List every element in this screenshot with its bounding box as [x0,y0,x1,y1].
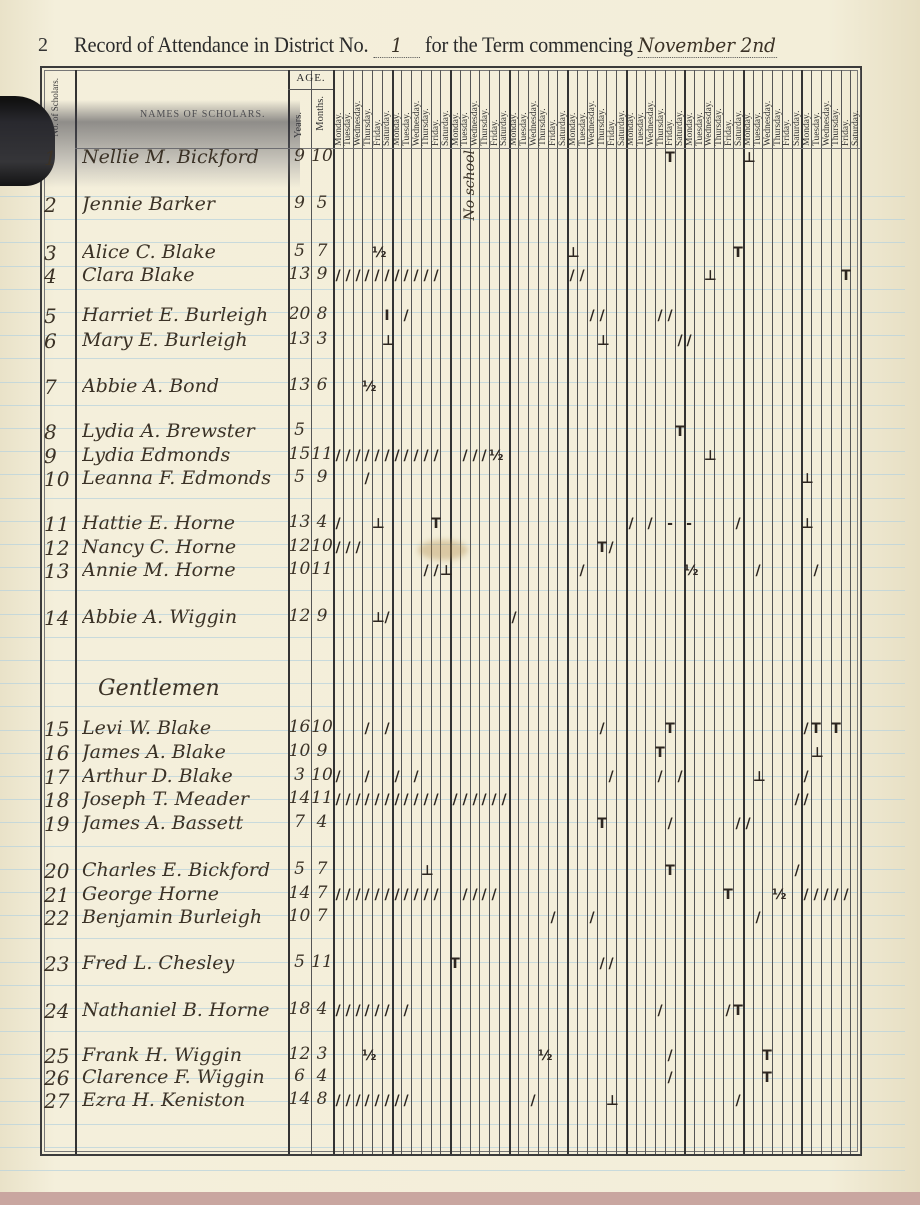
attendance-mark: ⊥ [753,769,763,785]
attendance-mark: ⊥ [743,150,753,166]
attendance-mark: ½ [362,1048,372,1064]
attendance-mark: T [665,721,675,737]
scholar-name: Fred L. Chesley [82,952,292,974]
day-column-line [645,70,646,1154]
attendance-mark: / [431,448,441,464]
attendance-mark: / [401,887,411,903]
scholar-name: Lydia A. Brewster [82,420,292,442]
day-column-line [548,70,549,1154]
scholar-name: Benjamin Burleigh [82,906,292,928]
day-header: Wednesday. [353,72,363,146]
scholar-name: Nathaniel B. Horne [82,999,292,1021]
scholar-age-years: 14 [288,788,311,808]
scholar-number: 5 [44,304,74,328]
scholar-name: Arthur D. Blake [82,765,292,787]
attendance-mark: T [762,1070,772,1086]
scholar-age-months: 8 [311,1089,333,1109]
attendance-mark: / [733,1093,743,1109]
day-header: Friday. [841,72,851,146]
scholar-age-years: 10 [288,906,311,926]
scholar-age-months: 11 [311,952,333,972]
attendance-mark: / [499,792,509,808]
attendance-mark: / [753,910,763,926]
day-column-line [362,70,363,1154]
attendance-mark: / [333,540,343,556]
scholar-number: 19 [44,812,74,836]
attendance-mark: / [421,268,431,284]
day-header: Thursday. [538,72,548,146]
attendance-mark: / [362,268,372,284]
scholar-age-years: 13 [288,329,311,349]
day-column-line [538,70,539,1154]
attendance-mark: / [372,792,382,808]
attendance-mark: T [431,516,441,532]
scholar-age-years: 5 [288,241,311,261]
attendance-mark: / [733,516,743,532]
scholar-age-months: 3 [311,329,333,349]
ledger-page: 2 Record of Attendance in District No. 1… [0,0,920,1205]
scholar-age-months: 9 [311,741,333,761]
ruled-line [0,1170,905,1171]
scholar-number: 1 [44,146,74,170]
attendance-mark: / [411,769,421,785]
attendance-mark: T [841,268,851,284]
attendance-mark: I [382,308,392,324]
scholar-age-years: 10 [288,559,311,579]
attendance-mark: / [548,910,558,926]
scholar-number: 25 [44,1044,74,1068]
scholar-name: Clarence F. Wiggin [82,1066,292,1088]
day-column-line [694,70,695,1154]
attendance-mark: / [401,448,411,464]
attendance-mark: / [460,792,470,808]
day-header: Saturday. [851,72,861,146]
page-title: Record of Attendance in District No. 1 f… [74,32,777,58]
day-column-line [421,70,422,1154]
attendance-mark: ⊥ [382,333,392,349]
day-column-line [714,70,715,1154]
attendance-mark: / [362,769,372,785]
scholar-age-years: 12 [288,536,311,556]
title-middle: for the Term commencing [425,32,633,57]
scholar-number: 8 [44,420,74,444]
scholar-number: 14 [44,606,74,630]
day-column-line [470,70,471,1154]
attendance-mark: / [333,268,343,284]
scholar-age-months: 10 [311,765,333,785]
attendance-mark: / [343,1093,353,1109]
day-header: Monday. [685,72,695,146]
attendance-mark: ⊥ [704,448,714,464]
attendance-mark: / [333,1093,343,1109]
day-header: Wednesday. [470,72,480,146]
day-header: Monday. [568,72,578,146]
day-header: Saturday. [675,72,685,146]
scholar-number: 16 [44,741,74,765]
day-column-line [528,70,529,1154]
scholar-age-years: 12 [288,1044,311,1064]
attendance-mark: / [382,887,392,903]
scholar-age-years: 7 [288,812,311,832]
attendance-mark: / [606,956,616,972]
day-column-line [801,70,803,1154]
day-header: Friday. [607,72,617,146]
attendance-mark: / [723,1003,733,1019]
scholar-age-years: 16 [288,717,311,737]
attendance-mark: / [489,792,499,808]
scholar-name: Hattie E. Horne [82,512,292,534]
day-header: Thursday. [480,72,490,146]
attendance-mark: / [343,1003,353,1019]
day-column-line [762,70,763,1154]
attendance-mark: / [333,792,343,808]
scholar-age-months: 10 [311,536,333,556]
attendance-mark: / [372,1003,382,1019]
scholar-number: 24 [44,999,74,1023]
scholar-age-months: 10 [311,146,333,166]
scholar-age-years: 14 [288,883,311,903]
attendance-mark: / [401,1093,411,1109]
scholar-age-years: 12 [288,606,311,626]
attendance-mark: / [577,268,587,284]
attendance-mark: / [479,448,489,464]
scholar-name: Joseph T. Meader [82,788,292,810]
day-header: Tuesday. [519,72,529,146]
day-header: Saturday. [441,72,451,146]
day-header: Monday. [509,72,519,146]
attendance-mark: T [450,956,460,972]
attendance-mark: / [421,792,431,808]
attendance-mark: ½ [684,563,694,579]
scholar-number: 7 [44,375,74,399]
attendance-mark: / [606,769,616,785]
day-column-line [860,70,861,1154]
scholar-number: 21 [44,883,74,907]
day-header: Saturday. [382,72,392,146]
day-column-line [557,70,558,1154]
day-column-line [392,70,394,1154]
attendance-mark: / [597,308,607,324]
attendance-mark: T [733,1003,743,1019]
attendance-mark: / [362,448,372,464]
district-number: 1 [373,33,420,58]
attendance-mark: / [411,792,421,808]
attendance-mark: ⊥ [801,516,811,532]
attendance-mark: / [362,1093,372,1109]
scholar-age-months: 6 [311,375,333,395]
day-header: Tuesday. [753,72,763,146]
scholar-age-months: 8 [311,304,333,324]
day-column-line [753,70,754,1154]
attendance-mark: ½ [362,379,372,395]
day-header: Saturday. [792,72,802,146]
attendance-mark: T [762,1048,772,1064]
day-column-line [655,70,656,1154]
attendance-mark: / [401,1003,411,1019]
scholar-name: Harriet E. Burleigh [82,304,292,326]
day-header: Saturday. [499,72,509,146]
day-column-line [684,70,686,1154]
day-column-line [479,70,480,1154]
scholar-age-years: 6 [288,1066,311,1086]
attendance-mark: ⊥ [606,1093,616,1109]
day-column-line [841,70,842,1154]
attendance-mark: / [362,721,372,737]
scholar-age-months: 11 [311,444,333,464]
day-column-line [723,70,724,1154]
day-column-line [343,70,344,1154]
attendance-mark: ⊥ [704,268,714,284]
scholar-number: 13 [44,559,74,583]
attendance-mark: / [421,448,431,464]
scholar-name: Ezra H. Keniston [82,1089,292,1111]
day-column-line [440,70,441,1154]
scholar-name: Clara Blake [82,264,292,286]
attendance-mark: / [645,516,655,532]
scholar-age-years: 5 [288,859,311,879]
scholar-age-years: 9 [288,193,311,213]
day-header: Wednesday. [704,72,714,146]
attendance-mark: / [801,792,811,808]
day-header: Monday. [392,72,402,146]
attendance-mark: / [411,268,421,284]
attendance-mark: / [372,1093,382,1109]
attendance-mark: ⊥ [372,610,382,626]
attendance-mark: / [382,1003,392,1019]
attendance-mark: / [801,721,811,737]
attendance-mark: / [431,268,441,284]
attendance-mark: / [382,721,392,737]
scholar-age-months: 10 [311,717,333,737]
scholar-age-years: 18 [288,999,311,1019]
scholar-number: 17 [44,765,74,789]
scholar-number: 18 [44,788,74,812]
attendance-mark: / [841,887,851,903]
attendance-mark: / [665,1070,675,1086]
scholar-number: 23 [44,952,74,976]
attendance-mark: / [606,540,616,556]
attendance-mark: / [362,1003,372,1019]
attendance-mark: / [333,887,343,903]
day-header: Thursday. [597,72,607,146]
day-column-line [587,70,588,1154]
scholar-age-years: 13 [288,512,311,532]
attendance-mark: / [684,333,694,349]
scholar-number: 4 [44,264,74,288]
scholar-number: 2 [44,193,74,217]
attendance-mark: / [333,1003,343,1019]
scholar-age-months: 4 [311,812,333,832]
attendance-mark: ⊥ [440,563,450,579]
day-header: Thursday. [831,72,841,146]
scholar-age-years: 5 [288,467,311,487]
scholar-age-years: 9 [288,146,311,166]
column-line [333,70,335,1154]
attendance-mark: / [343,887,353,903]
attendance-mark: / [831,887,841,903]
attendance-mark: / [333,448,343,464]
day-header: Friday. [665,72,675,146]
scholar-name: Jennie Barker [82,193,292,215]
scholar-age-years: 5 [288,952,311,972]
day-header: Wednesday. [763,72,773,146]
attendance-mark: / [460,448,470,464]
day-column-line [460,70,461,1154]
attendance-mark: / [372,268,382,284]
attendance-mark: / [411,887,421,903]
section-gentlemen: Gentlemen [98,676,220,701]
attendance-mark: T [733,245,743,261]
attendance-mark: / [655,769,665,785]
attendance-mark: / [811,563,821,579]
attendance-mark: / [811,887,821,903]
attendance-mark: ⊥ [811,745,821,761]
day-column-line [353,70,354,1154]
attendance-mark: / [353,540,363,556]
attendance-mark: / [401,792,411,808]
day-column-line [489,70,490,1154]
attendance-mark: T [597,816,607,832]
attendance-mark: / [479,887,489,903]
attendance-mark: / [460,887,470,903]
attendance-mark: / [333,516,343,532]
scholar-number: 10 [44,467,74,491]
scholar-age-months: 11 [311,559,333,579]
attendance-mark: / [528,1093,538,1109]
attendance-mark: / [411,448,421,464]
scholar-age-months: 9 [311,606,333,626]
day-column-line [411,70,412,1154]
attendance-mark: / [489,887,499,903]
attendance-mark: / [753,563,763,579]
scholar-name: Abbie A. Wiggin [82,606,292,628]
attendance-mark: / [382,268,392,284]
attendance-mark: / [362,471,372,487]
attendance-mark: T [665,150,675,166]
scholar-age-months: 7 [311,859,333,879]
age-divider [288,89,333,90]
day-column-line [616,70,617,1154]
attendance-mark: / [392,769,402,785]
scholar-name: Frank H. Wiggin [82,1044,292,1066]
attendance-mark: / [567,268,577,284]
scholar-age-years: 10 [288,741,311,761]
day-column-line [831,70,832,1154]
attendance-mark: / [665,816,675,832]
scholar-age-years: 20 [288,304,311,324]
attendance-mark: T [665,863,675,879]
attendance-mark: / [343,792,353,808]
scholar-number: 20 [44,859,74,883]
attendance-mark: ½ [538,1048,548,1064]
attendance-mark: T [723,887,733,903]
day-header: Monday. [802,72,812,146]
day-column-line [811,70,812,1154]
scholar-name: George Horne [82,883,292,905]
day-column-line [743,70,745,1154]
attendance-mark: / [665,1048,675,1064]
scholar-age-years: 13 [288,375,311,395]
paper-stain [418,540,468,560]
attendance-mark: / [372,448,382,464]
day-column-line [401,70,402,1154]
scholar-age-months: 4 [311,1066,333,1086]
attendance-mark: T [811,721,821,737]
scholar-age-months: 9 [311,467,333,487]
day-column-line [665,70,666,1154]
term-start-date: November 2nd [638,33,778,58]
day-header: Friday. [724,72,734,146]
attendance-mark: ⊥ [597,333,607,349]
page-number: 2 [38,34,48,57]
scholar-age-months: 4 [311,999,333,1019]
scholar-age-months: 4 [311,512,333,532]
scholar-age-months: 3 [311,1044,333,1064]
attendance-mark: ½ [772,887,782,903]
scholar-name: Alice C. Blake [82,241,292,263]
day-header: Friday. [431,72,441,146]
attendance-mark: / [597,721,607,737]
scholar-age-years: 3 [288,765,311,785]
attendance-mark: T [675,424,685,440]
day-header: Thursday. [714,72,724,146]
scholar-age-months: 7 [311,883,333,903]
day-column-line [567,70,569,1154]
day-column-line [850,70,851,1154]
attendance-mark: / [382,448,392,464]
attendance-mark: / [577,563,587,579]
scholar-name: James A. Blake [82,741,292,763]
day-column-line [782,70,783,1154]
attendance-mark: - [684,516,694,532]
day-column-line [636,70,637,1154]
column-line [75,70,77,1154]
attendance-mark: / [431,792,441,808]
day-column-line [626,70,628,1154]
day-column-line [597,70,598,1154]
scholar-name: Leanna F. Edmonds [82,467,292,489]
attendance-mark: ½ [489,448,499,464]
scholar-name: Abbie A. Bond [82,375,292,397]
scholar-number: 27 [44,1089,74,1113]
scholar-age-months: 11 [311,788,333,808]
attendance-mark: / [333,769,343,785]
day-header: Thursday. [363,72,373,146]
attendance-mark: - [665,516,675,532]
day-header: Monday. [626,72,636,146]
scholar-name: Annie M. Horne [82,559,292,581]
day-header: Tuesday. [343,72,353,146]
attendance-mark: / [401,308,411,324]
day-header: Thursday. [421,72,431,146]
attendance-mark: / [587,308,597,324]
scholar-name: Lydia Edmonds [82,444,292,466]
scholar-number: 26 [44,1066,74,1090]
day-column-line [450,70,452,1154]
day-header: Tuesday. [402,72,412,146]
attendance-mark: / [792,863,802,879]
months-header: Months. [315,96,326,131]
day-header: Friday. [782,72,792,146]
attendance-mark: / [382,792,392,808]
scholar-age-years: 15 [288,444,311,464]
age-header: AGE. [289,72,333,84]
scholar-name: Charles E. Bickford [82,859,292,881]
attendance-mark: / [382,1093,392,1109]
day-header: Tuesday. [636,72,646,146]
attendance-mark: / [343,540,353,556]
scholar-name: Levi W. Blake [82,717,292,739]
